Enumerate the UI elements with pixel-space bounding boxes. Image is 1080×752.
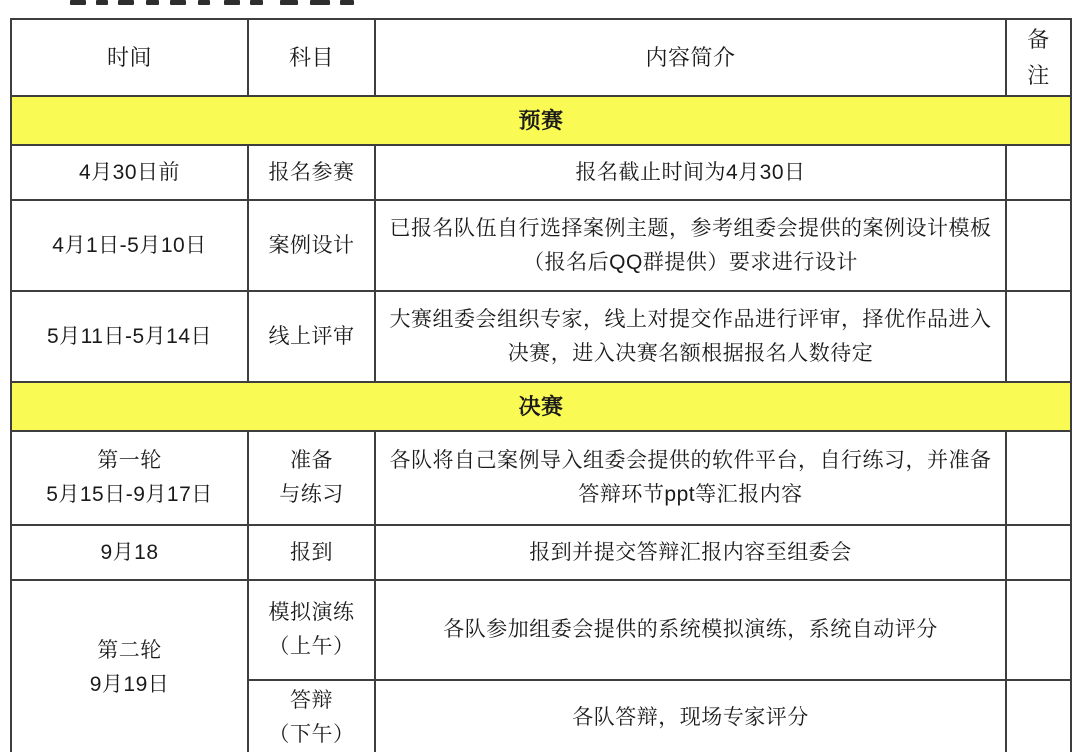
subject-line: （上午）: [259, 630, 364, 664]
schedule-page: 时间 科目 内容简介 备注 预赛 4月30日前 报名参赛 报名截止时间为4月30…: [0, 0, 1080, 752]
time-line: 9月19日: [22, 668, 237, 702]
cell-time-merged: 第二轮 9月19日: [11, 580, 248, 752]
cell-content: 报到并提交答辩汇报内容至组委会: [375, 525, 1006, 580]
cell-time: 4月30日前: [11, 145, 248, 200]
header-time: 时间: [11, 19, 248, 96]
table-header-row: 时间 科目 内容简介 备注: [11, 19, 1071, 96]
time-line: 第二轮: [22, 634, 237, 668]
header-subject: 科目: [248, 19, 375, 96]
subject-line: 线上评审: [259, 320, 364, 354]
subject-line: （下午）: [259, 718, 364, 752]
header-note: 备注: [1006, 19, 1071, 96]
section-title-final: 决赛: [11, 382, 1071, 431]
time-line: 第一轮: [22, 444, 237, 478]
cell-note: [1006, 431, 1071, 525]
cell-note: [1006, 580, 1071, 680]
competition-schedule-table: 时间 科目 内容简介 备注 预赛 4月30日前 报名参赛 报名截止时间为4月30…: [10, 18, 1072, 752]
subject-line: 模拟演练: [259, 596, 364, 630]
subject-line: 报到: [259, 536, 364, 570]
subject-line: 报名参赛: [259, 156, 364, 190]
cell-content: 各队参加组委会提供的系统模拟演练，系统自动评分: [375, 580, 1006, 680]
cell-subject: 准备 与练习: [248, 431, 375, 525]
cell-content: 报名截止时间为4月30日: [375, 145, 1006, 200]
cell-subject: 报到: [248, 525, 375, 580]
table-row: 4月1日-5月10日 案例设计 已报名队伍自行选择案例主题，参考组委会提供的案例…: [11, 200, 1071, 291]
cell-subject: 答辩 （下午）: [248, 680, 375, 752]
cell-subject: 报名参赛: [248, 145, 375, 200]
cell-time: 5月11日-5月14日: [11, 291, 248, 382]
table-row: 第一轮 5月15日-9月17日 准备 与练习 各队将自己案例导入组委会提供的软件…: [11, 431, 1071, 525]
subject-line: 与练习: [259, 478, 364, 512]
section-row-final: 决赛: [11, 382, 1071, 431]
time-line: 5月15日-9月17日: [22, 478, 237, 512]
cell-subject: 线上评审: [248, 291, 375, 382]
cell-time: 4月1日-5月10日: [11, 200, 248, 291]
table-row: 第二轮 9月19日 模拟演练 （上午） 各队参加组委会提供的系统模拟演练，系统自…: [11, 580, 1071, 680]
section-row-preliminary: 预赛: [11, 96, 1071, 145]
table-row: 4月30日前 报名参赛 报名截止时间为4月30日: [11, 145, 1071, 200]
cell-content: 各队将自己案例导入组委会提供的软件平台，自行练习，并准备答辩环节ppt等汇报内容: [375, 431, 1006, 525]
cell-time: 第一轮 5月15日-9月17日: [11, 431, 248, 525]
cell-subject: 模拟演练 （上午）: [248, 580, 375, 680]
cell-content: 各队答辩，现场专家评分: [375, 680, 1006, 752]
section-title-preliminary: 预赛: [11, 96, 1071, 145]
table-row: 9月18 报到 报到并提交答辩汇报内容至组委会: [11, 525, 1071, 580]
subject-line: 准备: [259, 444, 364, 478]
header-content: 内容简介: [375, 19, 1006, 96]
cell-note: [1006, 291, 1071, 382]
table-row: 5月11日-5月14日 线上评审 大赛组委会组织专家，线上对提交作品进行评审，择…: [11, 291, 1071, 382]
cell-content: 已报名队伍自行选择案例主题，参考组委会提供的案例设计模板（报名后QQ群提供）要求…: [375, 200, 1006, 291]
time-line: 4月1日-5月10日: [22, 229, 237, 263]
time-line: 5月11日-5月14日: [22, 320, 237, 354]
subject-line: 答辩: [259, 684, 364, 718]
cell-subject: 案例设计: [248, 200, 375, 291]
cell-time: 9月18: [11, 525, 248, 580]
cell-note: [1006, 525, 1071, 580]
cell-content: 大赛组委会组织专家，线上对提交作品进行评审，择优作品进入决赛，进入决赛名额根据报…: [375, 291, 1006, 382]
time-line: 9月18: [22, 536, 237, 570]
cell-note: [1006, 680, 1071, 752]
time-line: 4月30日前: [22, 156, 237, 190]
cropped-title-fragments: [0, 0, 1080, 8]
cell-note: [1006, 200, 1071, 291]
subject-line: 案例设计: [259, 229, 364, 263]
cell-note: [1006, 145, 1071, 200]
